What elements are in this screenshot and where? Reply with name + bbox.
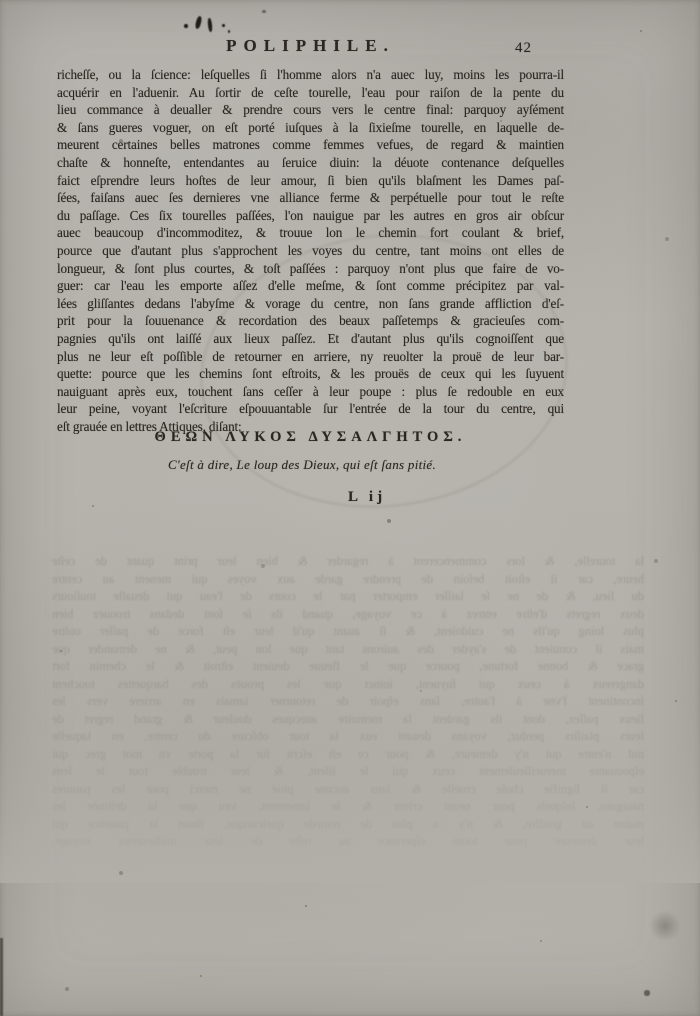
verso-bleedthrough-text: la tourelle, & lors commencerent à regar…: [52, 553, 644, 851]
page-number: 42: [515, 40, 532, 57]
text-line: lieux paſſez, dont ils gardent la memoir…: [52, 711, 644, 729]
text-line: acquérir en l'aduenir. Au ſortir de ceſt…: [57, 84, 564, 102]
text-line: nul n'entre qui n'y demeure, & pour ce e…: [52, 746, 644, 764]
text-line: la tourelle, & lors commencerent à regar…: [52, 553, 644, 571]
text-line: maine au gouffre, & n'y a plus de remede…: [52, 816, 644, 834]
page-header: POLIPHILE. 42: [57, 36, 564, 60]
text-line: ſées, faiſans auec ſes dernieres vne all…: [57, 189, 564, 207]
ink-mark: [228, 30, 230, 33]
ink-mark: [195, 16, 203, 30]
ink-mark: [184, 24, 188, 28]
text-line: du paſſage. Ces ſix tourelles paſſées, l…: [57, 207, 564, 225]
text-line: chaſte & honneſte, entendantes au ſeruic…: [57, 154, 564, 172]
text-line: grace & bonne fortune, pource que le fle…: [52, 658, 644, 676]
text-line: lieu commance à deualler & prendre cours…: [57, 101, 564, 119]
ink-mark: [262, 10, 266, 13]
text-line: faict eſprendre leurs hoſtes de leur amo…: [57, 172, 564, 190]
text-line: car il ſignifie choſe cruelle & ſans auc…: [52, 781, 644, 799]
ink-mark: [222, 24, 225, 27]
text-line: plus loing qu'ils ne cuidoient, & ſi aua…: [52, 623, 644, 641]
text-line: nauigans, leſquels pour neant crient & ſ…: [52, 798, 644, 816]
ink-mark: [207, 18, 212, 32]
text-line: heure, car il eſtoit beſoin de prendre g…: [52, 571, 644, 589]
text-line: leurs plaiſirs perduz, voyans deuant eux…: [52, 728, 644, 746]
text-line: incontinent l'vne à l'autre, ſans eſpoir…: [52, 693, 644, 711]
text-line: auec beaucoup d'incommoditez, & trouue l…: [57, 224, 564, 242]
text-line: meurent certaines belles matrones comme …: [57, 136, 564, 154]
scan-edge-shadow: [0, 938, 3, 1016]
running-title: POLIPHILE.: [57, 36, 564, 56]
paper-stain: [648, 912, 682, 940]
text-line: dangereux à ceux qui ſuyuent, ioinct que…: [52, 676, 644, 694]
paper-specks: [0, 0, 2, 2]
text-line: deux regrets d'eſtre entrez à ce voyage,…: [52, 606, 644, 624]
text-line: eſpouuante merueilleuſement ceux qui le …: [52, 763, 644, 781]
text-line: leur demeure pour toute eſperance au reſ…: [52, 833, 644, 851]
text-line: richeſſe, ou la ſcience: leſquelles ſi l…: [57, 66, 564, 84]
text-line: & ſans gueres voguer, on eſt porté iuſqu…: [57, 119, 564, 137]
text-line: mais il conuient de s'ayder des auirons …: [52, 641, 644, 659]
scanned-book-page: POLIPHILE. 42 richeſſe, ou la ſcience: l…: [0, 0, 700, 1016]
text-line: du lieu, & de ne ſe laiſſer emporter par…: [52, 588, 644, 606]
